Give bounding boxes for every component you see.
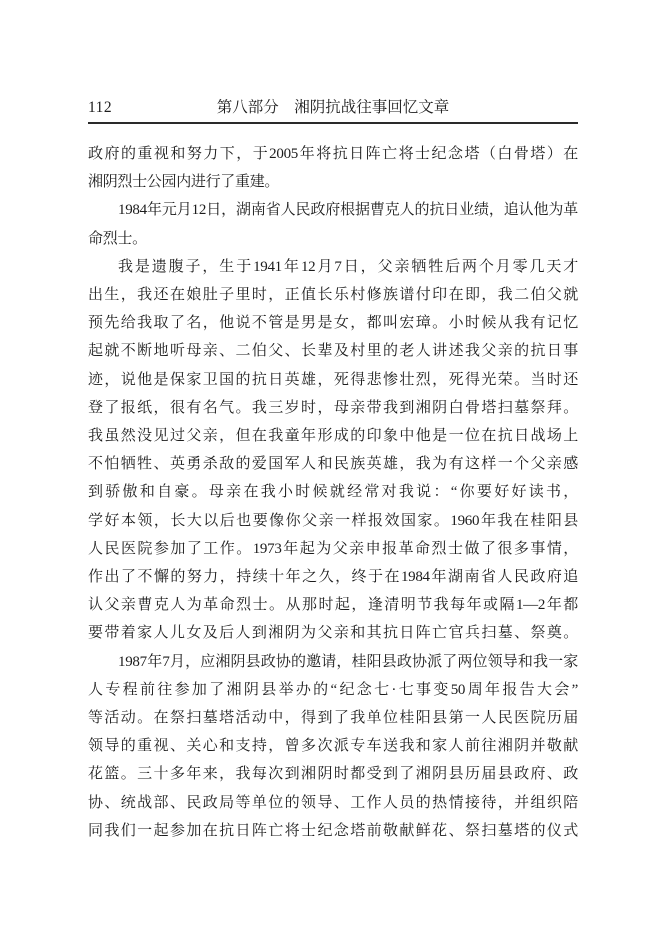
body-text: 政府的重视和努力下，于2005年将抗日阵亡将士纪念塔（白骨塔）在湘阴烈士公园内进… xyxy=(88,140,578,845)
page-content: 112 第八部分 湘阴抗战往事回忆文章 政府的重视和努力下，于2005年将抗日阵… xyxy=(88,96,578,845)
text-line: 领导的重视、关心和支持，曾多次派专车送我和家人前往湘阴并敬献 xyxy=(88,732,578,760)
text-line: 人专程前往参加了湘阴县举办的“纪念七·七事变50周年报告大会” xyxy=(88,676,578,704)
text-line: 要带着家人儿女及后人到湘阴为父亲和其抗日阵亡官兵扫墓、祭奠。 xyxy=(88,619,578,647)
book-page: 112 第八部分 湘阴抗战往事回忆文章 政府的重视和努力下，于2005年将抗日阵… xyxy=(0,0,665,929)
text-line: 学好本领，长大以后也要像你父亲一样报效国家。1960年我在桂阳县 xyxy=(88,507,578,535)
text-line: 等活动。在祭扫墓塔活动中，得到了我单位桂阳县第一人民医院历届 xyxy=(88,704,578,732)
text-line: 协、统战部、民政局等单位的领导、工作人员的热情接待，并组织陪 xyxy=(88,789,578,817)
text-line: 我虽然没见过父亲，但在我童年形成的印象中他是一位在抗日战场上 xyxy=(88,422,578,450)
text-line: 迹，说他是保家卫国的抗日英雄，死得悲惨壮烈，死得光荣。当时还 xyxy=(88,366,578,394)
text-line: 同我们一起参加在抗日阵亡将士纪念塔前敬献鲜花、祭扫墓塔的仪式 xyxy=(88,817,578,845)
chapter-title: 第八部分 湘阴抗战往事回忆文章 xyxy=(88,96,578,120)
text-line: 1987年7月，应湘阴县政协的邀请，桂阳县政协派了两位领导和我一家 xyxy=(88,648,578,676)
text-line: 登了报纸，很有名气。我三岁时，母亲带我到湘阴白骨塔扫墓祭拜。 xyxy=(88,394,578,422)
text-line: 出生，我还在娘肚子里时，正值长乐村修族谱付印在即，我二伯父就 xyxy=(88,281,578,309)
text-line: 湘阴烈士公园内进行了重建。 xyxy=(88,168,578,196)
text-line: 认父亲曹克人为革命烈士。从那时起，逢清明节我每年或隔1—2年都 xyxy=(88,591,578,619)
text-line: 政府的重视和努力下，于2005年将抗日阵亡将士纪念塔（白骨塔）在 xyxy=(88,140,578,168)
text-line: 到骄傲和自豪。母亲在我小时候就经常对我说：“你要好好读书， xyxy=(88,478,578,506)
page-number: 112 xyxy=(88,96,112,120)
text-line: 1984年元月12日，湖南省人民政府根据曹克人的抗日业绩，追认他为革 xyxy=(88,196,578,224)
page-header: 112 第八部分 湘阴抗战往事回忆文章 xyxy=(88,96,578,120)
text-line: 起就不断地听母亲、二伯父、长辈及村里的老人讲述我父亲的抗日事 xyxy=(88,337,578,365)
text-line: 命烈士。 xyxy=(88,225,578,253)
text-line: 花篮。三十多年来，我每次到湘阴时都受到了湘阴县历届县政府、政 xyxy=(88,760,578,788)
text-line: 不怕牺牲、英勇杀敌的爱国军人和民族英雄，我为有这样一个父亲感 xyxy=(88,450,578,478)
header-rule xyxy=(88,122,578,124)
text-line: 人民医院参加了工作。1973年起为父亲申报革命烈士做了很多事情， xyxy=(88,535,578,563)
text-line: 我是遗腹子，生于1941年12月7日，父亲牺牲后两个月零几天才 xyxy=(88,253,578,281)
text-line: 作出了不懈的努力，持续十年之久，终于在1984年湖南省人民政府追 xyxy=(88,563,578,591)
text-line: 预先给我取了名，他说不管是男是女，都叫宏璋。小时候从我有记忆 xyxy=(88,309,578,337)
